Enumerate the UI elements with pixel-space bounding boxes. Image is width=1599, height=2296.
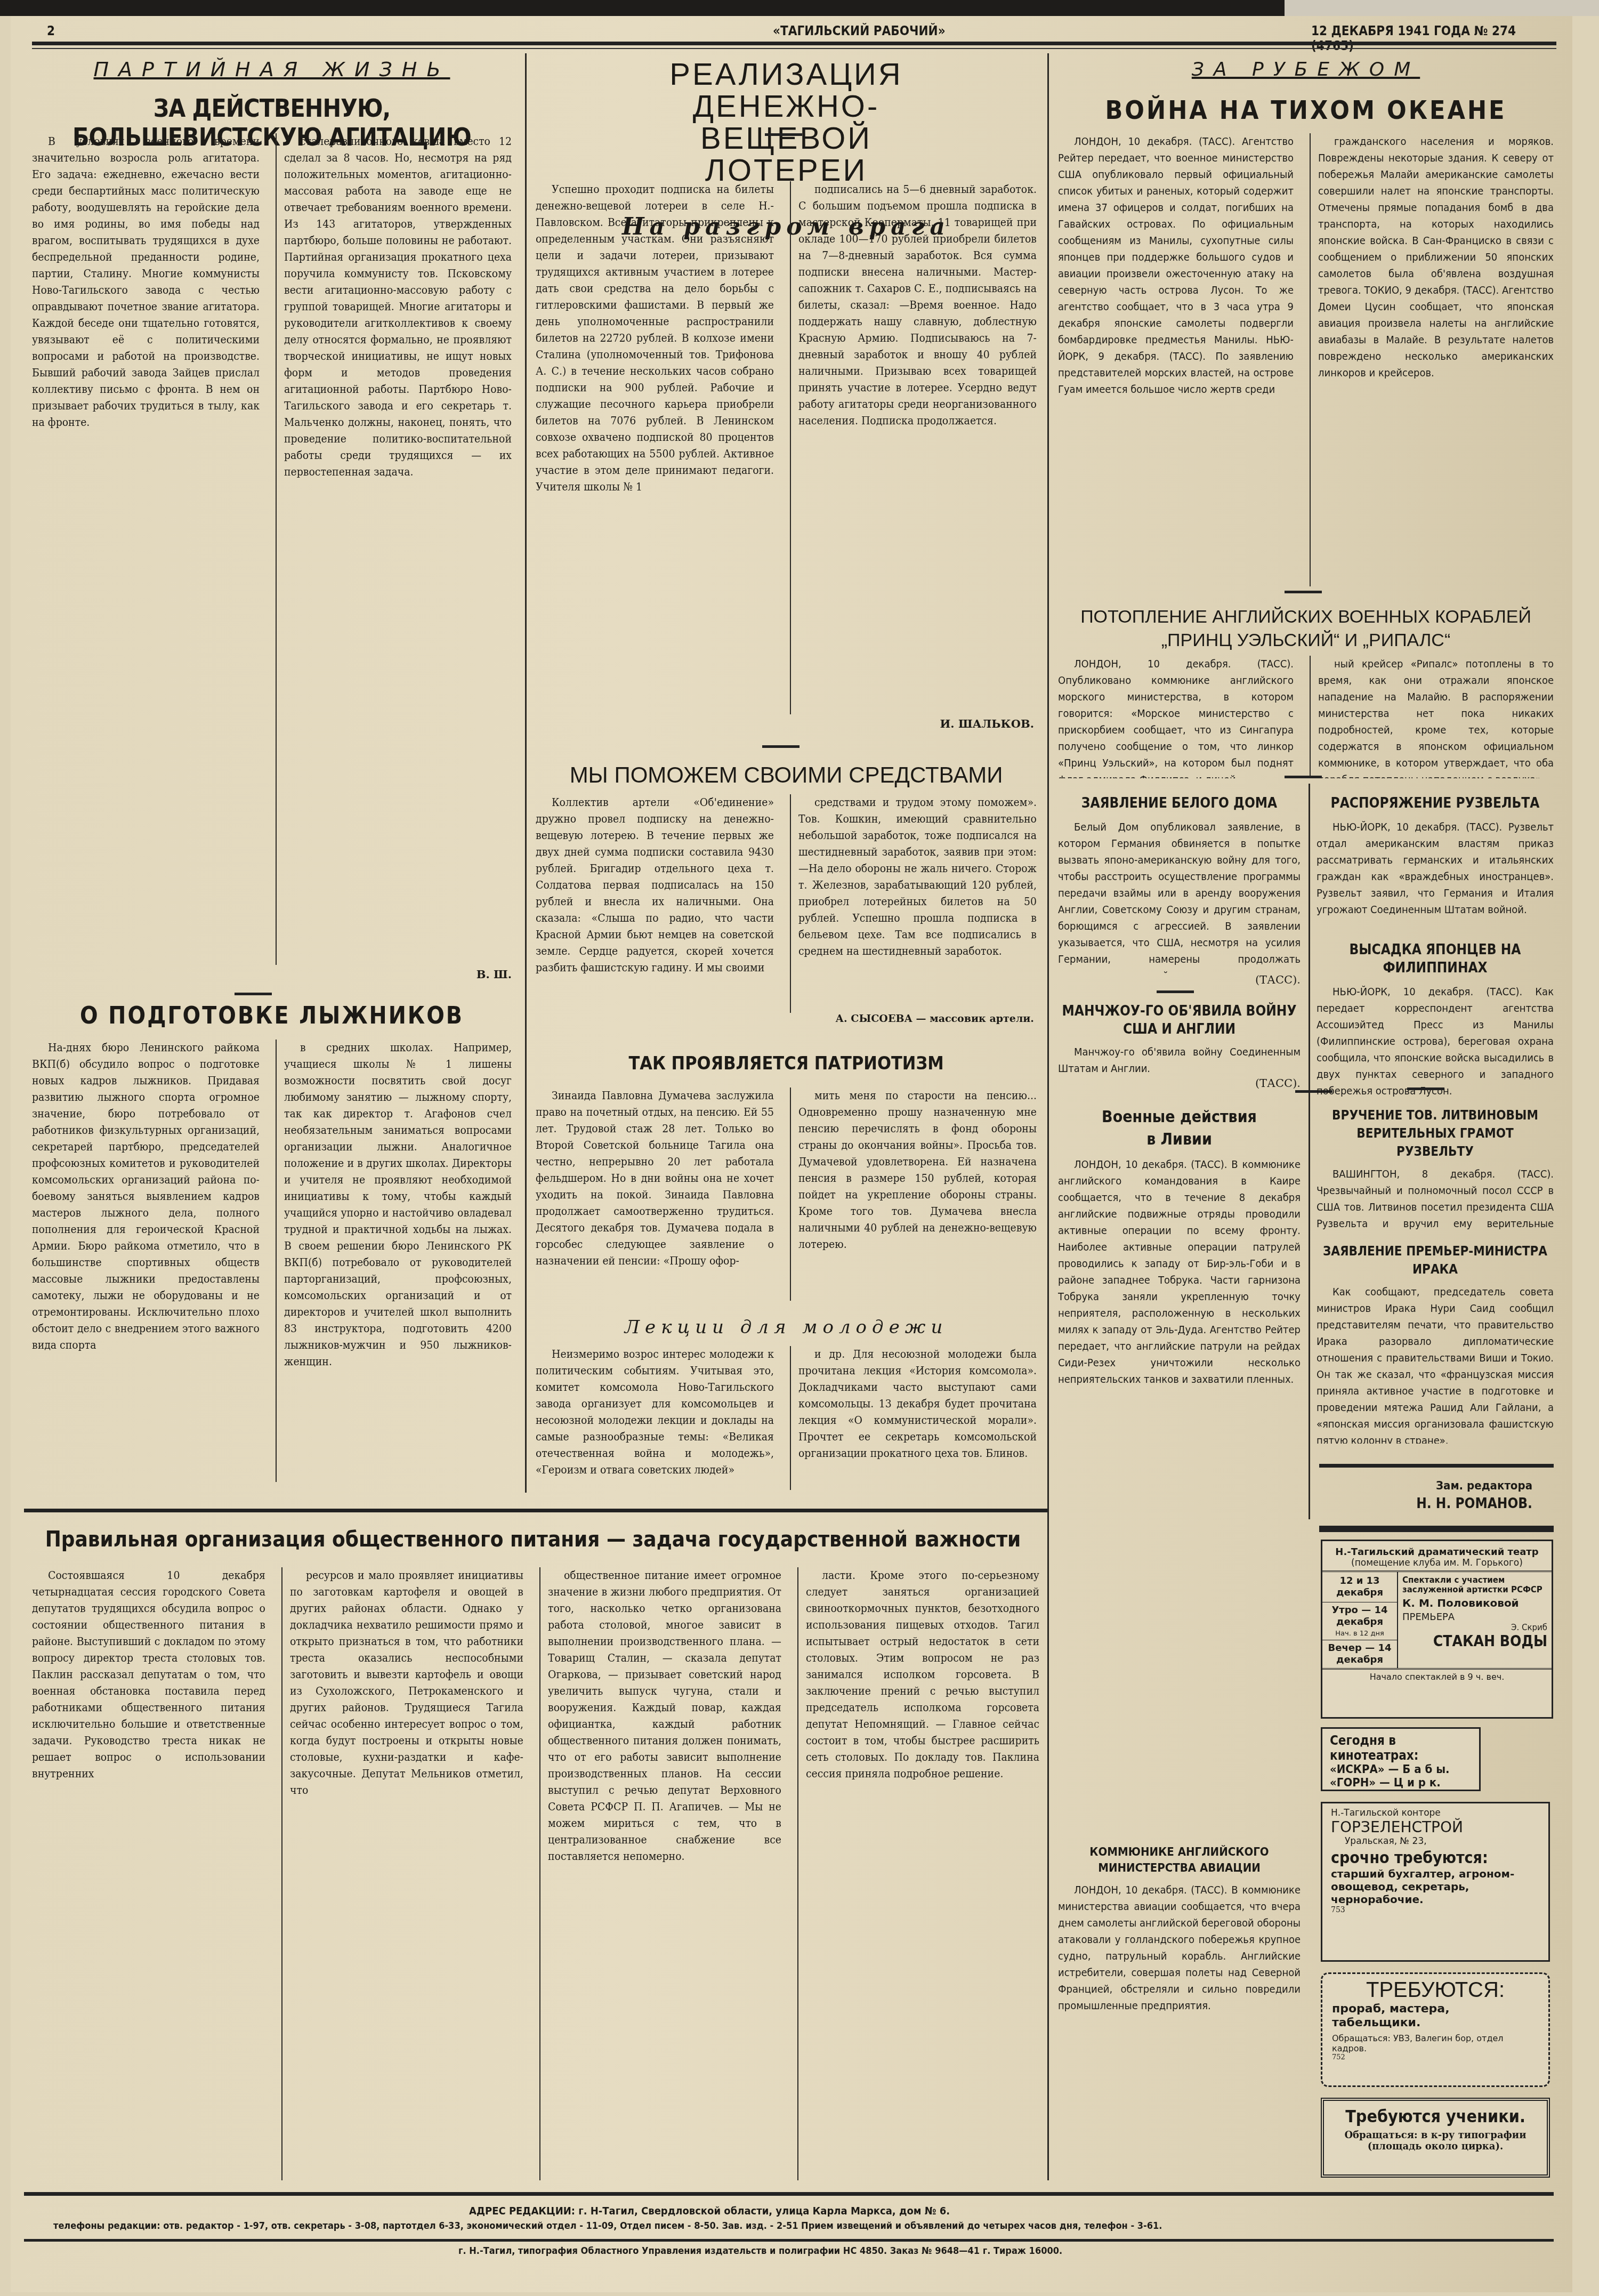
text-column: ресурсов и мало проявляет инициативы по …: [281, 1567, 523, 2180]
editor-name: Н. Н. РОМАНОВ.: [1319, 1496, 1532, 1512]
text-column: Белый Дом опубликовал заявление, в котор…: [1058, 819, 1301, 973]
article-body: Коллектив артели «Об'единение» дружно пр…: [536, 794, 1037, 1013]
headline: ВОЙНА НА ТИХОМ ОКЕАНЕ: [1058, 95, 1554, 125]
paragraph: НЬЮ-ЙОРК, 10 декабря. (ТАСС). Рузвельт о…: [1317, 819, 1554, 918]
article-manchukuo: МАНЧЖОУ-ГО ОБ'ЯВИЛА ВОЙНУ США И АНГЛИИ М…: [1058, 1002, 1301, 1090]
article-catering: Правильная организация общественного пит…: [32, 1527, 1034, 1552]
paragraph: гражданского населения и моряков. Повреж…: [1318, 133, 1554, 381]
text-column: ЛОНДОН, 10 декабря. (ТАСС). В коммюнике …: [1058, 1156, 1301, 1455]
org-name: ГОРЗЕЛЕНСТРОЙ: [1331, 1818, 1540, 1836]
paragraph: в средних школах. Например, учащиеся шко…: [284, 1040, 512, 1370]
cinema-listing: «ГОРН» — Ц и р к.: [1330, 1776, 1472, 1790]
urgent-heading: срочно требуются:: [1331, 1849, 1540, 1867]
schedule-dates: 12 и 13 декабря: [1322, 1572, 1397, 1602]
text-column: подписались на 5—6 дневный заработок. С …: [790, 181, 1037, 714]
article-lectures: Лекции для молодежи: [536, 1317, 1037, 1338]
paragraph: На-днях бюро Ленинского райкома ВКП(б) о…: [32, 1040, 260, 1354]
article-body: Зинаида Павловна Думачева заслужила прав…: [536, 1087, 1037, 1301]
text-column: ЛОНДОН, 10 декабря. (ТАСС). Агентство Ре…: [1058, 133, 1294, 586]
contact-info: Обращаться: в к-ру типографии (площадь о…: [1334, 2130, 1537, 2152]
headline: ВРУЧЕНИЕ ТОВ. ЛИТВИНОВЫМ ВЕРИТЕЛЬНЫХ ГРА…: [1317, 1106, 1554, 1161]
adjacent-page-edge: [1285, 0, 1599, 16]
footer-rule: [24, 2239, 1554, 2242]
article-iraq: ЗАЯВЛЕНИЕ ПРЕМЬЕР-МИНИСТРА ИРАКА Как соо…: [1317, 1242, 1554, 1444]
column-divider: [1047, 53, 1049, 2180]
job-advertisement-apprentices: Требуются ученики. Обращаться: в к-ру ти…: [1321, 2098, 1550, 2178]
org-address: Уральская, № 23,: [1331, 1836, 1540, 1847]
headline: КОММЮНИКЕ АНГЛИЙСКОГО МИНИСТЕРСТВА АВИАЦ…: [1058, 1844, 1301, 1876]
paragraph: Состоявшаяся 10 декабря четырнадцатая се…: [32, 1567, 265, 1782]
scan-top-edge: [0, 0, 1599, 16]
performer-intro: Спектакли с участием заслуженной артистк…: [1402, 1575, 1547, 1594]
text-column: ный крейсер «Рипалс» потоплены в то врем…: [1310, 656, 1554, 778]
headline-line2: „ПРИНЦ УЭЛЬСКИЙ“ И „РИПАЛС“: [1058, 629, 1554, 652]
article-body: На-днях бюро Ленинского райкома ВКП(б) о…: [32, 1040, 512, 1482]
editor-title: Зам. редактора: [1319, 1479, 1532, 1493]
job-positions: старший бухгалтер, агроном-овощевод, сек…: [1331, 1867, 1540, 1906]
play-title: СТАКАН ВОДЫ: [1402, 1632, 1547, 1650]
signature: И. ШАЛЬКОВ.: [879, 717, 1034, 730]
paragraph: ный крейсер «Рипалс» потоплены в то врем…: [1318, 656, 1554, 778]
article-white-house: ЗАЯВЛЕНИЕ БЕЛОГО ДОМА Белый Дом опублико…: [1058, 794, 1301, 986]
text-column: в средних школах. Например, учащиеся шко…: [276, 1040, 512, 1482]
separator: [1285, 776, 1322, 778]
text-column: гражданского населения и моряков. Повреж…: [1310, 133, 1554, 586]
paragraph: Успешно проходит подписка на билеты дене…: [536, 181, 774, 495]
separator: [235, 993, 272, 995]
article-body: Неизмеримо возрос интерес молодежи к пол…: [536, 1346, 1037, 1490]
article-uk-aviation: КОММЮНИКЕ АНГЛИЙСКОГО МИНИСТЕРСТВА АВИАЦ…: [1058, 1844, 1301, 2180]
wanted-heading: ТРЕБУЮТСЯ:: [1332, 1978, 1539, 2002]
article-body: Успешно проходит подписка на билеты дене…: [536, 181, 1037, 714]
schedule-morning: Утро — 14 декабря: [1322, 1602, 1397, 1628]
article-help: МЫ ПОМОЖЕМ СВОИМИ СРЕДСТВАМИ: [536, 762, 1037, 788]
headline: ЗАЯВЛЕНИЕ ПРЕМЬЕР-МИНИСТРА ИРАКА: [1317, 1242, 1554, 1278]
text-column: мить меня по старости на пенсию... Однов…: [790, 1087, 1037, 1301]
headline: ТАК ПРОЯВЛЯЕТСЯ ПАТРИОТИЗМ: [536, 1053, 1037, 1074]
performance-info: Спектакли с участием заслуженной артистк…: [1398, 1572, 1552, 1668]
paragraph: Белый Дом опубликовал заявление, в котор…: [1058, 819, 1301, 973]
text-column: Манчжоу-го об'явила войну Соединенным Шт…: [1058, 1044, 1301, 1077]
column-divider: [1309, 784, 1310, 1519]
paragraph: Манчжоу-го об'явила войну Соединенным Шт…: [1058, 1044, 1301, 1077]
column-divider: [525, 53, 527, 1493]
headline: МАНЧЖОУ-ГО ОБ'ЯВИЛА ВОЙНУ США И АНГЛИИ: [1058, 1002, 1301, 1038]
text-column: Как сообщают, председатель совета минист…: [1317, 1284, 1554, 1444]
article-patriotism: ТАК ПРОЯВЛЯЕТСЯ ПАТРИОТИЗМ: [536, 1053, 1037, 1074]
text-column: На-днях бюро Ленинского райкома ВКП(б) о…: [32, 1040, 260, 1482]
masthead: 2 «ТАГИЛЬСКИЙ РАБОЧИЙ» 12 ДЕКАБРЯ 1941 Г…: [21, 23, 1556, 37]
masthead-rule: [32, 42, 1556, 45]
job-advertisement-uvz: ТРЕБУЮТСЯ: прораб, мастера, табельщики. …: [1321, 1972, 1550, 2087]
play-author: Э. Скриб: [1402, 1623, 1547, 1632]
editor-rule: [1319, 1464, 1554, 1468]
schedule-evening: Вечер — 14 декабря: [1322, 1640, 1397, 1668]
text-column: общественное питание имеет огромное знач…: [539, 1567, 781, 2180]
paragraph: и др. Для несоюзной молодежи была прочит…: [798, 1346, 1037, 1462]
performer-name: К. М. Половиковой: [1402, 1597, 1547, 1609]
premiere-label: ПРЕМЬЕРА: [1402, 1612, 1547, 1623]
editorial-phones: телефоны редакции: отв. редактор - 1-97,…: [53, 2220, 1162, 2231]
schedule-note: Нач. в 12 дня: [1322, 1628, 1397, 1640]
headline: Лекции для молодежи: [536, 1317, 1037, 1338]
paragraph: ЛОНДОН, 10 декабря. (ТАСС). Агентство Ре…: [1058, 133, 1294, 398]
apprentices-heading: Требуются ученики.: [1334, 2106, 1537, 2126]
paragraph: В условиях военного времени значительно …: [32, 133, 260, 431]
page-number: 2: [47, 23, 55, 38]
text-column: НЬЮ-ЙОРК, 10 декабря. (ТАСС). Рузвельт о…: [1317, 819, 1554, 936]
article-roosevelt: РАСПОРЯЖЕНИЕ РУЗВЕЛЬТА НЬЮ-ЙОРК, 10 дека…: [1317, 794, 1554, 936]
signature: В. Ш.: [405, 968, 512, 981]
paragraph: ВАШИНГТОН, 8 декабря. (ТАСС). Чрезвычайн…: [1317, 1166, 1554, 1235]
org-line: Н.-Тагильской конторе: [1331, 1808, 1540, 1818]
article-litvinov: ВРУЧЕНИЕ ТОВ. ЛИТВИНОВЫМ ВЕРИТЕЛЬНЫХ ГРА…: [1317, 1106, 1554, 1235]
headline: Военные действия в Ливии: [1058, 1106, 1301, 1151]
text-column: В условиях военного времени значительно …: [32, 133, 260, 965]
cinema-listing: «ИСКРА» — Б а б ы.: [1330, 1763, 1472, 1776]
headline: РЕАЛИЗАЦИЯ ДЕНЕЖНО-ВЕЩЕВОЙ ЛОТЕРЕИ: [536, 59, 1037, 187]
article-libya: Военные действия в Ливии ЛОНДОН, 10 дека…: [1058, 1106, 1301, 1455]
article-body: ЛОНДОН, 10 декабря. (ТАСС). Агентство Ре…: [1058, 133, 1554, 586]
separator: [762, 745, 799, 748]
job-advertisement-gorzelenstroy: Н.-Тагильской конторе ГОРЗЕЛЕНСТРОЙ Урал…: [1321, 1802, 1550, 1962]
paragraph: подписались на 5—6 дневный заработок. С …: [798, 181, 1037, 429]
text-column: сталеразливочного ковша вместо 12 сделал…: [276, 133, 512, 965]
editorial-address: АДРЕС РЕДАКЦИИ: г. Н-Тагил, Свердловской…: [469, 2204, 950, 2217]
headline: ЗАЯВЛЕНИЕ БЕЛОГО ДОМА: [1058, 794, 1301, 812]
paragraph: НЬЮ-ЙОРК, 10 декабря. (ТАСС). Как переда…: [1317, 984, 1554, 1099]
article-body: ЛОНДОН, 10 декабря. (ТАСС). Опубликовано…: [1058, 656, 1554, 778]
headline: РАСПОРЯЖЕНИЕ РУЗВЕЛЬТА: [1317, 794, 1554, 812]
headline: ВЫСАДКА ЯПОНЦЕВ НА ФИЛИППИНАХ: [1317, 941, 1554, 977]
paragraph: ЛОНДОН, 10 декабря. (ТАСС). В коммюнике …: [1058, 1156, 1301, 1388]
text-column: и др. Для несоюзной молодежи была прочит…: [790, 1346, 1037, 1490]
start-time: Начало спектаклей в 9 ч. веч.: [1322, 1668, 1552, 1682]
text-column: ВАШИНГТОН, 8 декабря. (ТАСС). Чрезвычайн…: [1317, 1166, 1554, 1235]
schedule: 12 и 13 декабря Утро — 14 декабря Нач. в…: [1322, 1572, 1398, 1668]
signature: А. СЫСОЕВА — массовик артели.: [799, 1013, 1034, 1025]
paragraph: общественное питание имеет огромное знач…: [548, 1567, 781, 1865]
article-body: Состоявшаяся 10 декабря четырнадцатая се…: [32, 1567, 1039, 2180]
paragraph: мить меня по старости на пенсию... Однов…: [798, 1087, 1037, 1253]
paragraph: ласти. Кроме этого по-серьезному следует…: [806, 1567, 1039, 1782]
ad-number: 753: [1331, 1906, 1540, 1914]
text-column: ЛОНДОН, 10 декабря. (ТАСС). В коммюнике …: [1058, 1882, 1301, 2180]
separator: [1285, 591, 1322, 593]
rubric-party-life: ПАРТИЙНАЯ ЖИЗНЬ: [32, 58, 512, 81]
headline: О ПОДГОТОВКЕ ЛЫЖНИКОВ: [32, 1002, 512, 1029]
news-source: (ТАСС).: [1058, 1077, 1301, 1090]
article-ships-sunk: ПОТОПЛЕНИЕ АНГЛИЙСКИХ ВОЕННЫХ КОРАБЛЕЙ „…: [1058, 605, 1554, 652]
article-body: В условиях военного времени значительно …: [32, 133, 512, 965]
headline: Правильная организация общественного пит…: [32, 1527, 1034, 1552]
editor-rule: [1319, 1526, 1554, 1532]
news-source: (ТАСС).: [1058, 973, 1301, 986]
job-positions: прораб, мастера, табельщики.: [1332, 2002, 1539, 2030]
editor-credit: Зам. редактора Н. Н. РОМАНОВ.: [1319, 1479, 1532, 1512]
section-rule: [24, 1509, 1047, 1512]
separator: [1407, 1087, 1444, 1090]
separator: [765, 133, 802, 136]
text-column: Успешно проходит подписка на билеты дене…: [536, 181, 774, 714]
paragraph: сталеразливочного ковша вместо 12 сделал…: [284, 133, 512, 480]
theatre-venue: (помещение клуба им. М. Горького): [1322, 1558, 1552, 1572]
text-column: Зинаида Павловна Думачева заслужила прав…: [536, 1087, 774, 1301]
printer-info: г. Н.-Тагил, типография Областного Управ…: [458, 2245, 1062, 2257]
paragraph: средствами и трудом этому поможем». Тов.…: [798, 794, 1037, 960]
cinema-advertisement: Сегодня в кинотеатрах: «ИСКРА» — Б а б ы…: [1321, 1727, 1481, 1791]
text-column: ЛОНДОН, 10 декабря. (ТАСС). Опубликовано…: [1058, 656, 1294, 778]
article-skiers: О ПОДГОТОВКЕ ЛЫЖНИКОВ: [32, 1002, 512, 1029]
masthead-rule-thin: [32, 48, 1556, 49]
separator: [1157, 990, 1194, 993]
text-column: Состоявшаяся 10 декабря четырнадцатая се…: [32, 1567, 265, 2180]
footer-rule: [24, 2192, 1554, 2196]
text-column: ласти. Кроме этого по-серьезному следует…: [797, 1567, 1039, 2180]
cinema-title: Сегодня в кинотеатрах:: [1330, 1733, 1472, 1763]
theatre-advertisement: Н.-Тагильский драматический театр (помещ…: [1321, 1540, 1553, 1719]
text-column: Неизмеримо возрос интерес молодежи к пол…: [536, 1346, 774, 1490]
article-philippines: ВЫСАДКА ЯПОНЦЕВ НА ФИЛИППИНАХ НЬЮ-ЙОРК, …: [1317, 941, 1554, 1106]
contact-info: Обращаться: УВЗ, Валегин бор, отдел кадр…: [1332, 2033, 1539, 2053]
paragraph: ЛОНДОН, 10 декабря. (ТАСС). В коммюнике …: [1058, 1882, 1301, 2014]
newspaper-title: «ТАГИЛЬСКИЙ РАБОЧИЙ»: [773, 23, 946, 38]
ad-number: 752: [1332, 2053, 1539, 2061]
text-column: средствами и трудом этому поможем». Тов.…: [790, 794, 1037, 1013]
theatre-name: Н.-Тагильский драматический театр: [1322, 1546, 1552, 1558]
paragraph: Коллектив артели «Об'единение» дружно пр…: [536, 794, 774, 976]
text-column: Коллектив артели «Об'единение» дружно пр…: [536, 794, 774, 1013]
paragraph: ресурсов и мало проявляет инициативы по …: [290, 1567, 523, 1799]
rubric-abroad: ЗА РУБЕЖОМ: [1058, 59, 1554, 80]
paragraph: ЛОНДОН, 10 декабря. (ТАСС). Опубликовано…: [1058, 656, 1294, 778]
paragraph: Как сообщают, председатель совета минист…: [1317, 1284, 1554, 1444]
headline-line1: ПОТОПЛЕНИЕ АНГЛИЙСКИХ ВОЕННЫХ КОРАБЛЕЙ: [1058, 605, 1554, 629]
article-pacific-war: ЗА РУБЕЖОМ ВОЙНА НА ТИХОМ ОКЕАНЕ: [1058, 59, 1554, 125]
headline: МЫ ПОМОЖЕМ СВОИМИ СРЕДСТВАМИ: [536, 762, 1037, 788]
paragraph: Зинаида Павловна Думачева заслужила прав…: [536, 1087, 774, 1269]
paragraph: Неизмеримо возрос интерес молодежи к пол…: [536, 1346, 774, 1478]
